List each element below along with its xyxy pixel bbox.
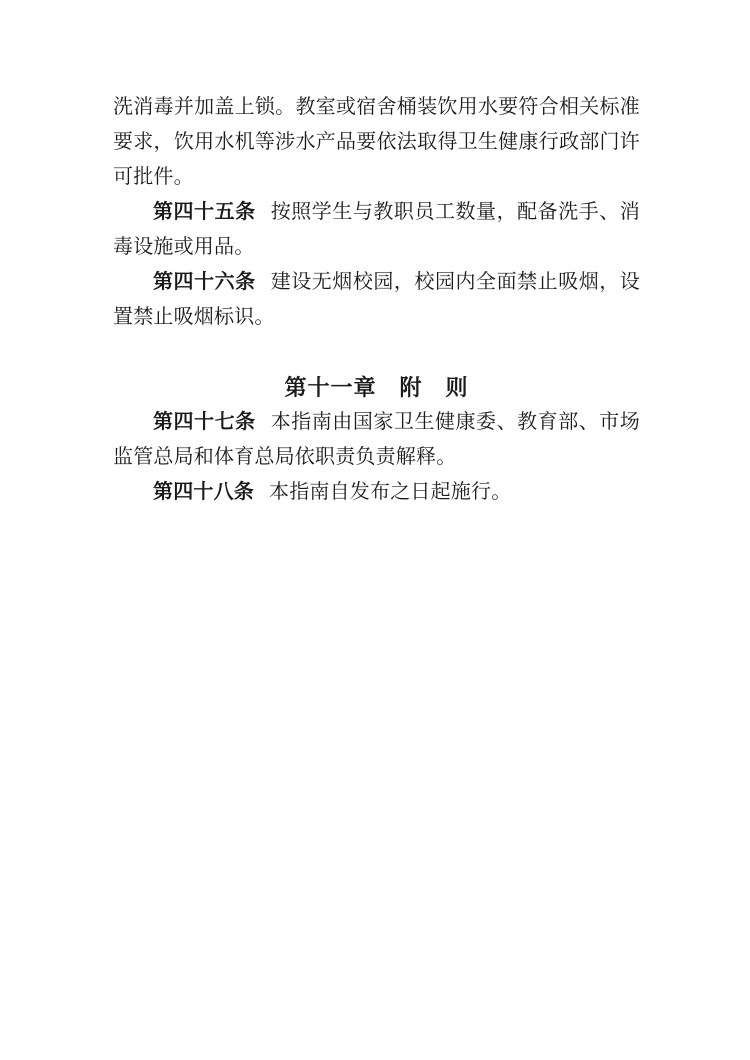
article-45-label: 第四十五条	[153, 201, 256, 223]
article-48-label: 第四十八条	[153, 481, 254, 503]
paragraph-continuation-text: 洗消毒并加盖上锁。教室或宿舍桶装饮用水要符合相关标准要求，饮用水机等涉水产品要依…	[113, 96, 640, 188]
article-48-text: 本指南自发布之日起施行。	[269, 481, 511, 503]
article-45-paragraph: 第四十五条按照学生与教职员工数量，配备洗手、消毒设施或用品。	[113, 195, 640, 265]
article-47-paragraph: 第四十七条本指南由国家卫生健康委、教育部、市场监管总局和体育总局依职责负责解释。	[113, 405, 640, 475]
chapter-heading: 第十一章 附 则	[113, 370, 640, 405]
paragraph-continuation: 洗消毒并加盖上锁。教室或宿舍桶装饮用水要符合相关标准要求，饮用水机等涉水产品要依…	[113, 90, 640, 195]
document-page: 洗消毒并加盖上锁。教室或宿舍桶装饮用水要符合相关标准要求，饮用水机等涉水产品要依…	[0, 0, 750, 1060]
article-46-label: 第四十六条	[153, 271, 256, 293]
article-46-paragraph: 第四十六条建设无烟校园，校园内全面禁止吸烟，设置禁止吸烟标识。	[113, 265, 640, 335]
article-47-label: 第四十七条	[153, 411, 256, 433]
article-48-paragraph: 第四十八条本指南自发布之日起施行。	[113, 475, 640, 510]
